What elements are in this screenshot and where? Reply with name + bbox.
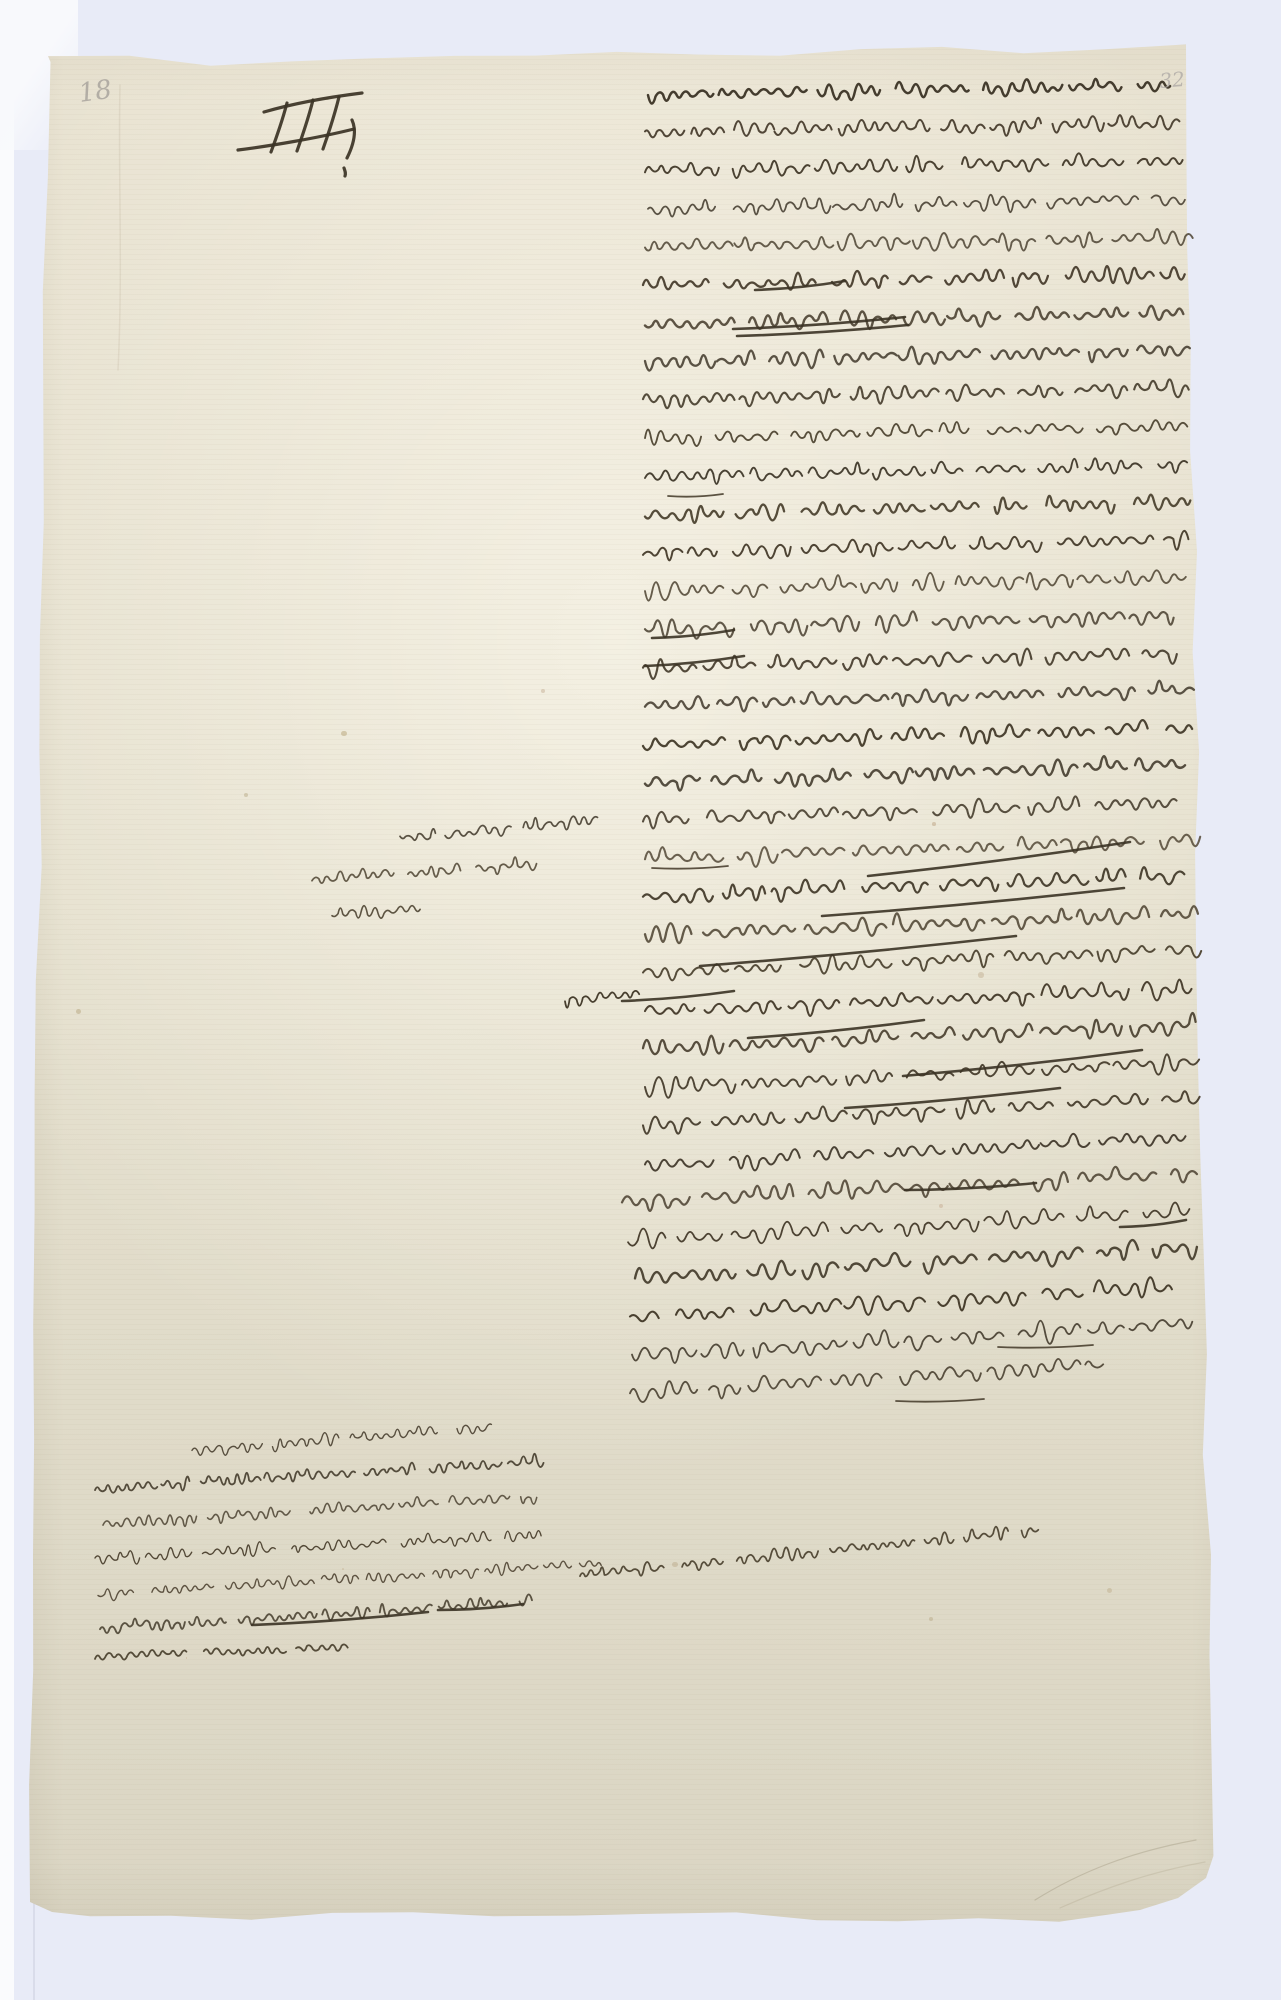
scanner-bed-strip: [0, 0, 14, 2000]
fox-spot: [963, 1259, 967, 1263]
fox-spot: [978, 972, 983, 977]
fox-spot: [932, 822, 936, 826]
fox-spot: [1107, 1588, 1112, 1593]
fox-spot: [541, 689, 545, 693]
fox-spot: [861, 743, 864, 746]
fox-spot: [342, 1568, 344, 1570]
fox-spot: [341, 870, 343, 872]
fox-spot: [341, 731, 346, 736]
fox-spot: [76, 1009, 81, 1014]
fox-spot: [1139, 1177, 1143, 1181]
manuscript-page: [0, 0, 1281, 2000]
fox-spot: [738, 1151, 740, 1153]
fox-spot: [929, 1617, 933, 1621]
fox-spot: [939, 1204, 943, 1208]
fox-spot: [326, 97, 329, 100]
backsheet-edge-line: [33, 1895, 35, 2000]
fox-spot: [244, 793, 248, 797]
fox-spot: [672, 1562, 677, 1567]
fox-spot: [186, 1657, 188, 1659]
